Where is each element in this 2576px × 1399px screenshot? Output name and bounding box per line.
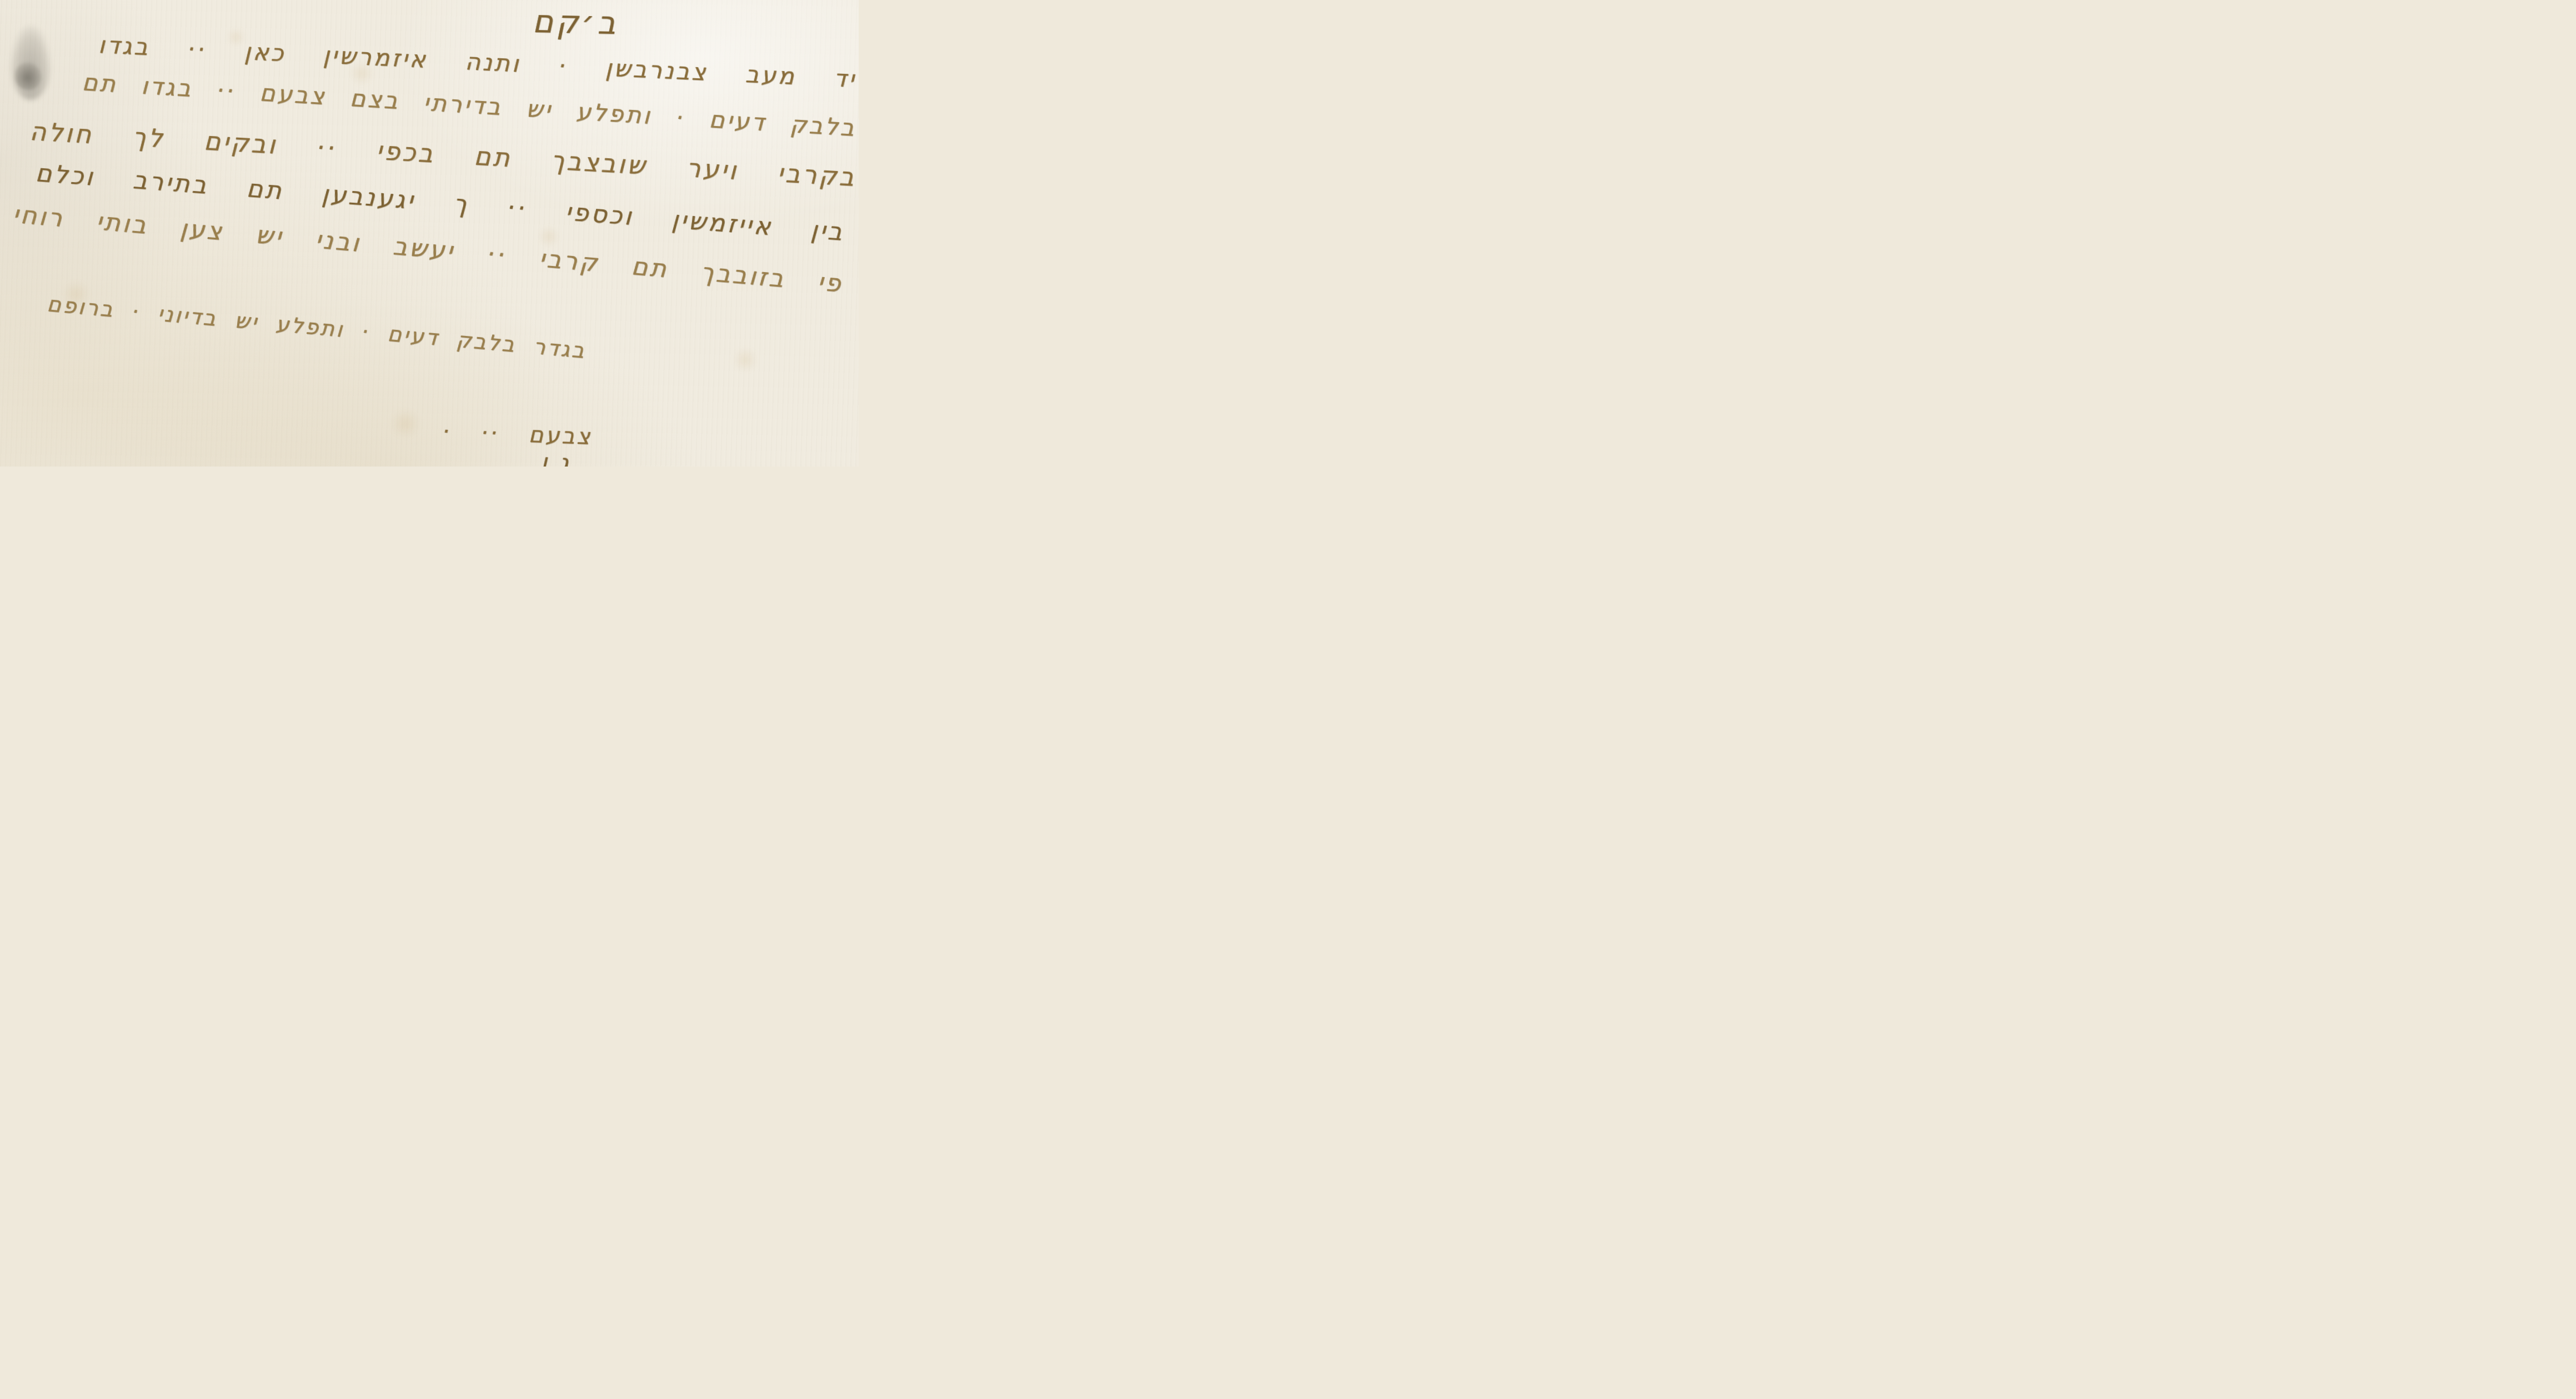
- ink-smudge-speckles: [15, 62, 42, 90]
- heading-word: ב׳קם: [509, 4, 643, 42]
- text-line-6: בגדר בלבק דעים · ותפלע יש בדיוני · ברופם: [46, 293, 587, 363]
- foxing-spot: [538, 227, 560, 247]
- manuscript-page: ב׳קם יד מעב צבנרבשן · ותנה איזמרשין כאן …: [0, 0, 859, 467]
- foxing-spot: [732, 349, 759, 371]
- bottom-cropped-strokes: ג ו: [522, 449, 590, 467]
- text-line-7: צבעם ·· ·: [442, 420, 593, 449]
- foxing-spot: [389, 411, 422, 437]
